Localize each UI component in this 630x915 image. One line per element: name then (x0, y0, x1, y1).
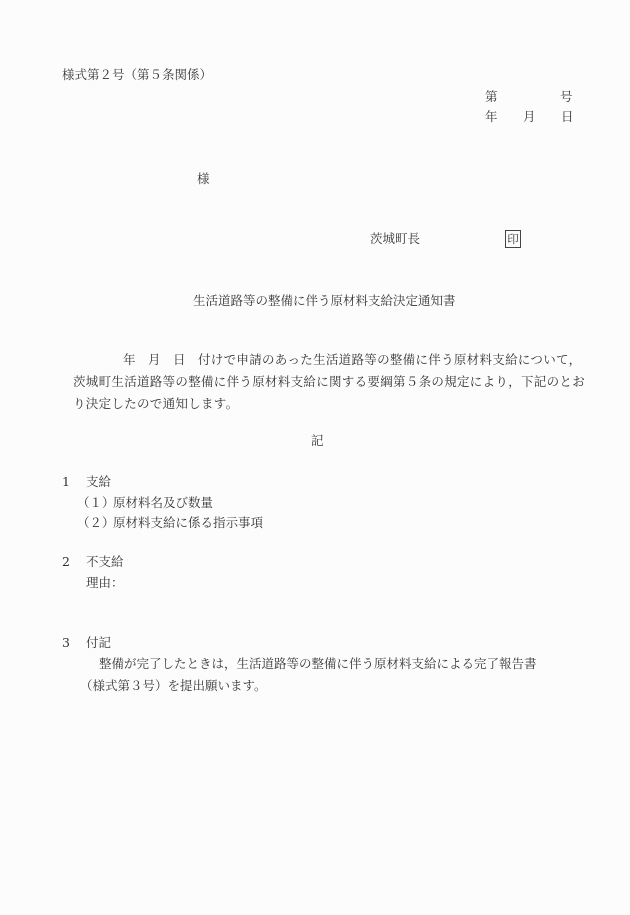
section-2-heading: 不支給 (86, 556, 124, 569)
ki-heading: 記 (311, 435, 324, 448)
section-3-heading: 付記 (86, 637, 111, 650)
date-day: 日 (561, 111, 574, 124)
addressee-suffix: 様 (197, 173, 210, 186)
body-line-1: 付けで申請のあった生活道路等の整備に伴う原材料支給について， (198, 354, 581, 367)
section-1-item-1-text: 原材料名及び数量 (113, 497, 213, 510)
section-3-note-line-2: （様式第３号）を提出願います。 (80, 680, 267, 693)
date-year: 年 (485, 111, 498, 124)
section-1-item-2-number: （２） (77, 517, 115, 530)
section-1-number: 1 (62, 476, 70, 489)
section-3-note-line-1: 整備が完了したときは，生活道路等の整備に伴う原材料支給による完了報告書 (99, 658, 537, 671)
date-month: 月 (523, 111, 536, 124)
section-1-heading: 支給 (86, 476, 111, 489)
body-date-month: 月 (148, 354, 161, 367)
number-suffix: 号 (560, 91, 573, 104)
issuer-name: 茨城町長 (370, 233, 420, 246)
body-date-year: 年 (123, 354, 136, 367)
form-label: 様式第２号（第５条関係） (62, 69, 212, 82)
body-line-3: り決定したので通知します。 (73, 398, 238, 411)
document-title: 生活道路等の整備に伴う原材料支給決定通知書 (193, 295, 456, 308)
section-1-item-2-text: 原材料支給に係る指示事項 (113, 517, 263, 530)
number-prefix: 第 (485, 91, 498, 104)
section-2-reason-label: 理由： (86, 577, 124, 590)
body-date-day: 日 (173, 354, 186, 367)
seal-mark: 印 (505, 230, 521, 248)
section-1-item-1-number: （１） (77, 497, 115, 510)
body-line-2: 茨城町生活道路等の整備に伴う原材料支給に関する要綱第５条の規定により，下記のとお (73, 376, 585, 389)
section-3-number: 3 (62, 637, 70, 650)
section-2-number: 2 (62, 556, 70, 569)
